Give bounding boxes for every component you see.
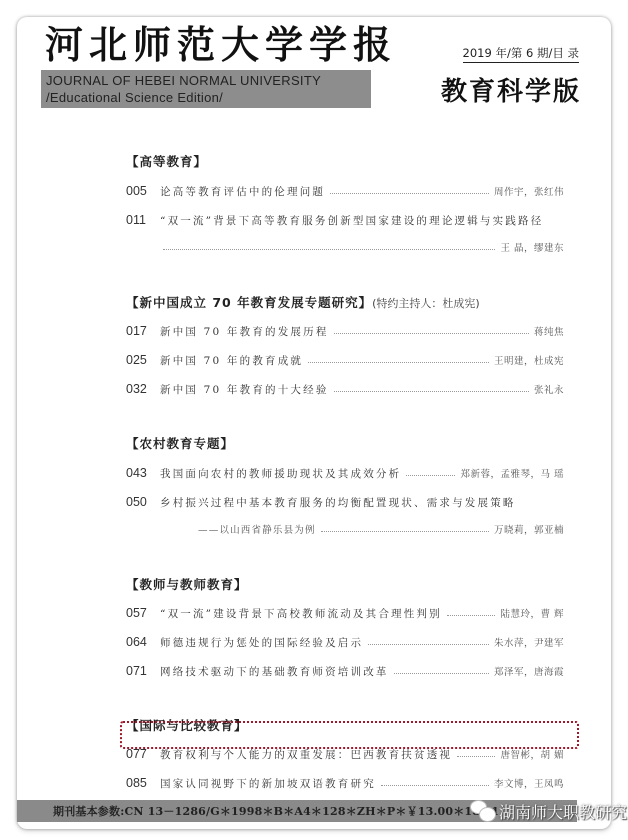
journal-edition-en: /Educational Science Edition/ — [46, 90, 223, 105]
section-heading: 【高等教育】 — [126, 152, 207, 170]
article-title: 乡村振兴过程中基本教育服务的均衡配置现状、需求与发展策略 — [160, 495, 516, 510]
article-title: 我国面向农村的教师援助现状及其成效分析 — [160, 466, 401, 481]
article-author: 王 晶，缪建东 — [500, 240, 564, 254]
toc-entry[interactable]: 050 乡村振兴过程中基本教育服务的均衡配置现状、需求与发展策略 — [126, 493, 564, 511]
dot-leader — [308, 362, 489, 363]
article-author: 蒋纯焦 — [534, 324, 564, 338]
page-number: 005 — [126, 184, 158, 198]
toc-entry[interactable]: 057 “双一流”建设背景下高校教师流动及其合理性判别 陆慧玲，曹 辉 — [126, 604, 564, 622]
dot-leader — [368, 644, 489, 645]
section-heading: 【新中国成立 70 年教育发展专题研究】(特约主持人：杜成宪) — [126, 293, 480, 311]
page-number: 043 — [126, 466, 158, 480]
dot-leader — [334, 391, 529, 392]
dot-leader — [447, 615, 496, 616]
watermark: 湖南师大职教研究 — [470, 796, 627, 826]
article-title: 新中国 70 年的教育成就 — [160, 353, 303, 368]
article-title: 论高等教育评估中的伦理问题 — [160, 184, 325, 199]
section-heading: 【农村教育专题】 — [126, 434, 234, 452]
page-number: 032 — [126, 382, 158, 396]
dot-leader — [381, 785, 489, 786]
section-heading-text: 【新中国成立 70 年教育发展专题研究】 — [126, 295, 372, 310]
page-number: 085 — [126, 776, 158, 790]
issue-label: 2019 年/第 6 期/目 录 — [463, 45, 579, 63]
toc-entry[interactable]: 025 新中国 70 年的教育成就 王明建，杜成宪 — [126, 351, 564, 369]
page-number: 017 — [126, 324, 158, 338]
page-number: 064 — [126, 635, 158, 649]
article-author: 李文博，王凤鸣 — [494, 776, 564, 790]
article-title: 国家认同视野下的新加坡双语教育研究 — [160, 776, 376, 791]
article-author: 郑新蓉，孟雅琴，马 瑶 — [460, 466, 564, 480]
journal-title-band: JOURNAL OF HEBEI NORMAL UNIVERSITY /Educ… — [41, 70, 371, 108]
article-author: 万晓莉，郭亚楠 — [494, 522, 564, 536]
article-subtitle: ——以山西省静乐县为例 — [198, 522, 316, 536]
dot-leader — [457, 756, 495, 757]
toc-entry[interactable]: 032 新中国 70 年教育的十大经验 张礼永 — [126, 380, 564, 398]
article-title: 新中国 70 年教育的十大经验 — [160, 382, 329, 397]
page-number: 077 — [126, 747, 158, 761]
article-author: 陆慧玲，曹 辉 — [500, 606, 564, 620]
journal-parameters: 期刊基本参数:CN 13－1286/G＊1998＊B＊A4＊128＊ZH＊P＊￥… — [53, 803, 499, 819]
article-author: 郑泽军，唐海霞 — [494, 664, 564, 678]
article-author: 唐智彬，胡 媚 — [500, 747, 564, 761]
dot-leader — [330, 193, 489, 194]
article-title: 新中国 70 年教育的发展历程 — [160, 324, 329, 339]
article-title: “双一流”建设背景下高校教师流动及其合理性判别 — [160, 606, 442, 621]
article-author: 张礼永 — [534, 382, 564, 396]
toc-entry[interactable]: 064 师德违规行为惩处的国际经验及启示 朱水萍，尹建军 — [126, 633, 564, 651]
article-title: 师德违规行为惩处的国际经验及启示 — [160, 635, 363, 650]
article-title: 教育权利与个人能力的双重发展：巴西教育扶贫透视 — [160, 747, 452, 762]
toc-entry[interactable]: 011 “双一流”背景下高等教育服务创新型国家建设的理论逻辑与实践路径 — [126, 211, 564, 229]
dot-leader — [163, 249, 495, 250]
article-title: “双一流”背景下高等教育服务创新型国家建设的理论逻辑与实践路径 — [160, 213, 543, 228]
page-number: 057 — [126, 606, 158, 620]
edition-title: 教育科学版 — [441, 71, 581, 108]
dot-leader — [321, 531, 489, 532]
watermark-text: 湖南师大职教研究 — [499, 800, 627, 823]
page-number: 071 — [126, 664, 158, 678]
article-author: 王明建，杜成宪 — [494, 353, 564, 367]
toc-entry-subtitle: ——以山西省静乐县为例 万晓莉，郭亚楠 — [196, 520, 564, 538]
journal-title-en: JOURNAL OF HEBEI NORMAL UNIVERSITY — [46, 73, 321, 88]
toc-entry[interactable]: 085 国家认同视野下的新加坡双语教育研究 李文博，王凤鸣 — [126, 774, 564, 792]
article-author: 朱水萍，尹建军 — [494, 635, 564, 649]
dot-leader — [334, 333, 529, 334]
article-title: 网络技术驱动下的基础教育师资培训改革 — [160, 664, 389, 679]
page-number: 011 — [126, 213, 158, 227]
section-note: (特约主持人：杜成宪) — [372, 297, 480, 310]
toc-entry[interactable]: 071 网络技术驱动下的基础教育师资培训改革 郑泽军，唐海霞 — [126, 662, 564, 680]
journal-title-cn: 河北师范大学学报 — [45, 23, 397, 67]
toc-entry[interactable]: 005 论高等教育评估中的伦理问题 周作宇，张红伟 — [126, 182, 564, 200]
dot-leader — [394, 673, 489, 674]
section-heading: 【教师与教师教育】 — [126, 575, 248, 593]
journal-toc-page: 河北师范大学学报 JOURNAL OF HEBEI NORMAL UNIVERS… — [17, 17, 611, 829]
page-number: 025 — [126, 353, 158, 367]
wechat-icon — [470, 799, 496, 823]
article-author: 周作宇，张红伟 — [494, 184, 564, 198]
toc-entry[interactable]: 043 我国面向农村的教师援助现状及其成效分析 郑新蓉，孟雅琴，马 瑶 — [126, 464, 564, 482]
toc-entry-continuation: 王 晶，缪建东 — [158, 238, 564, 256]
page-number: 050 — [126, 495, 158, 509]
toc-entry[interactable]: 017 新中国 70 年教育的发展历程 蒋纯焦 — [126, 322, 564, 340]
dot-leader — [406, 475, 455, 476]
toc-entry-highlighted[interactable]: 077 教育权利与个人能力的双重发展：巴西教育扶贫透视 唐智彬，胡 媚 — [126, 745, 564, 763]
